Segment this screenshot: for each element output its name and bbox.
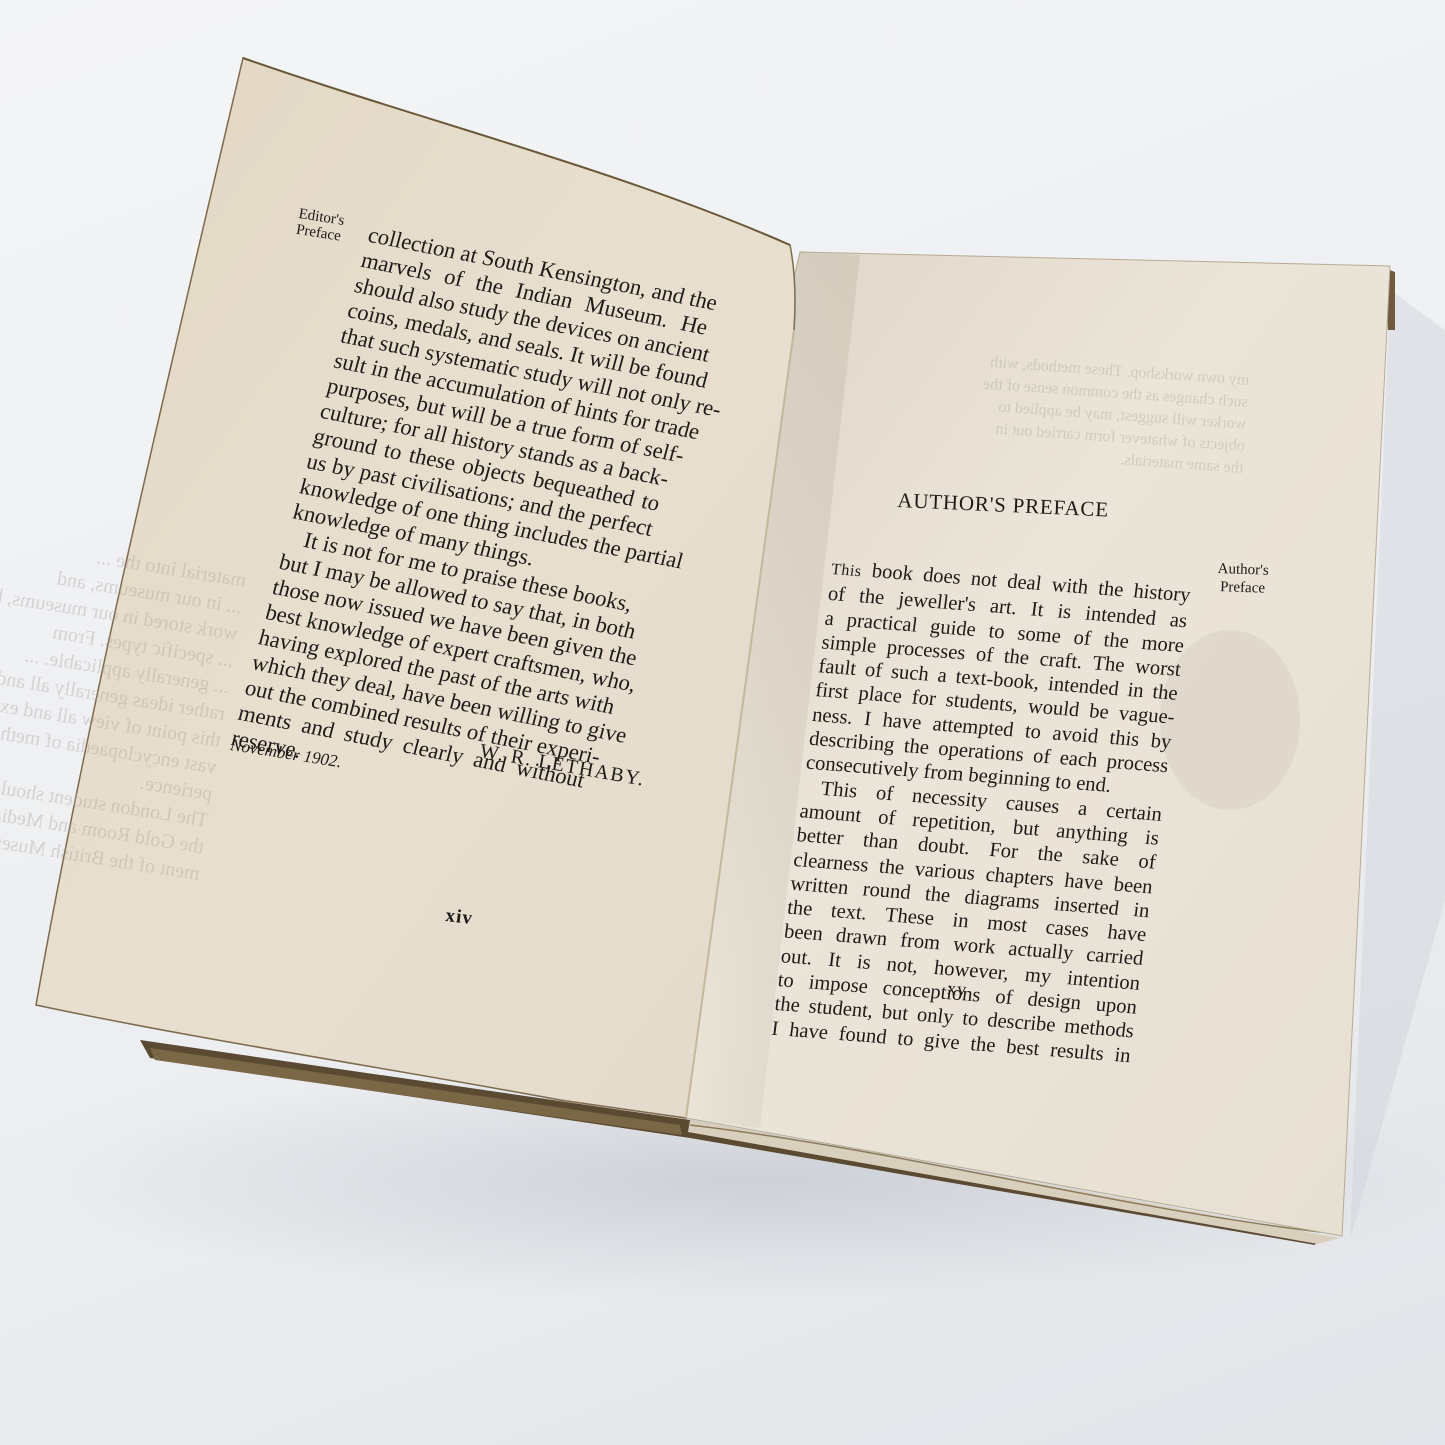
margin-note-line: Preface	[1217, 578, 1269, 598]
small-caps-lead: This	[830, 561, 863, 580]
margin-note-line: Author's	[1217, 560, 1269, 580]
right-margin-note: Author's Preface	[1217, 560, 1269, 598]
page-number-right: xv	[947, 978, 968, 1000]
right-page-body: This book does not deal with the history…	[770, 556, 1192, 1068]
page-number-left: xiv	[444, 905, 474, 930]
right-page-showthrough: my own workshop. These methods, with suc…	[978, 351, 1250, 479]
photo-scene: material into the ... ... in our museums…	[0, 0, 1445, 1445]
